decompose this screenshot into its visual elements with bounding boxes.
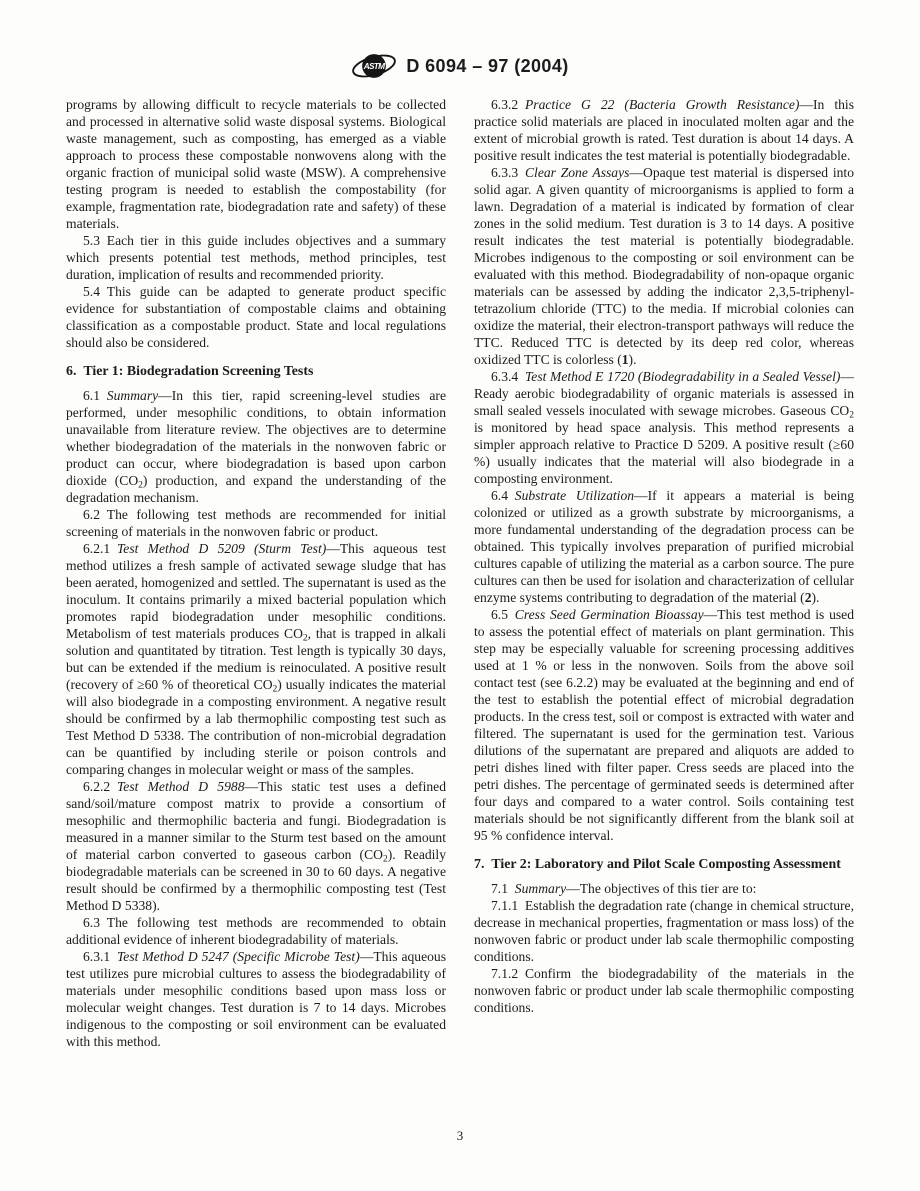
column-right: 6.3.2 Practice G 22 (Bacteria Growth Res…: [474, 96, 854, 1050]
paragraph: 6.4 Substrate Utilization—If it appears …: [474, 487, 854, 606]
paragraph: 7.1.1 Establish the degradation rate (ch…: [474, 897, 854, 965]
astm-logo-text: ASTM: [363, 62, 386, 71]
paragraph: 6.2 The following test methods are recom…: [66, 506, 446, 540]
paragraph: 6.3.3 Clear Zone Assays—Opaque test mate…: [474, 164, 854, 368]
section-heading: 7. Tier 2: Laboratory and Pilot Scale Co…: [474, 856, 854, 873]
paragraph: 6.5 Cress Seed Germination Bioassay—This…: [474, 606, 854, 844]
paragraph: 7.1.2 Confirm the biodegradability of th…: [474, 965, 854, 1016]
document-page: ASTM D 6094 – 97 (2004) programs by allo…: [0, 0, 920, 1191]
astm-logo-icon: ASTM: [351, 48, 397, 84]
document-code: D 6094 – 97 (2004): [406, 56, 568, 77]
column-left: programs by allowing difficult to recycl…: [66, 96, 446, 1050]
page-number: 3: [457, 1128, 464, 1143]
paragraph: 6.2.1 Test Method D 5209 (Sturm Test)—Th…: [66, 540, 446, 778]
paragraph: 6.1 Summary—In this tier, rapid screenin…: [66, 387, 446, 506]
paragraph: 6.3.2 Practice G 22 (Bacteria Growth Res…: [474, 96, 854, 164]
paragraph: 6.3 The following test methods are recom…: [66, 914, 446, 948]
page-header: ASTM D 6094 – 97 (2004): [0, 48, 920, 84]
section-heading: 6. Tier 1: Biodegradation Screening Test…: [66, 363, 446, 380]
paragraph: 6.3.4 Test Method E 1720 (Biodegradabili…: [474, 368, 854, 487]
paragraph: 5.3 Each tier in this guide includes obj…: [66, 232, 446, 283]
page-footer: 3: [0, 1128, 920, 1144]
paragraph: 5.4 This guide can be adapted to generat…: [66, 283, 446, 351]
paragraph: programs by allowing difficult to recycl…: [66, 96, 446, 232]
paragraph: 6.3.1 Test Method D 5247 (Specific Micro…: [66, 948, 446, 1050]
paragraph: 7.1 Summary—The objectives of this tier …: [474, 880, 854, 897]
page-body: programs by allowing difficult to recycl…: [66, 96, 855, 1050]
paragraph: 6.2.2 Test Method D 5988—This static tes…: [66, 778, 446, 914]
